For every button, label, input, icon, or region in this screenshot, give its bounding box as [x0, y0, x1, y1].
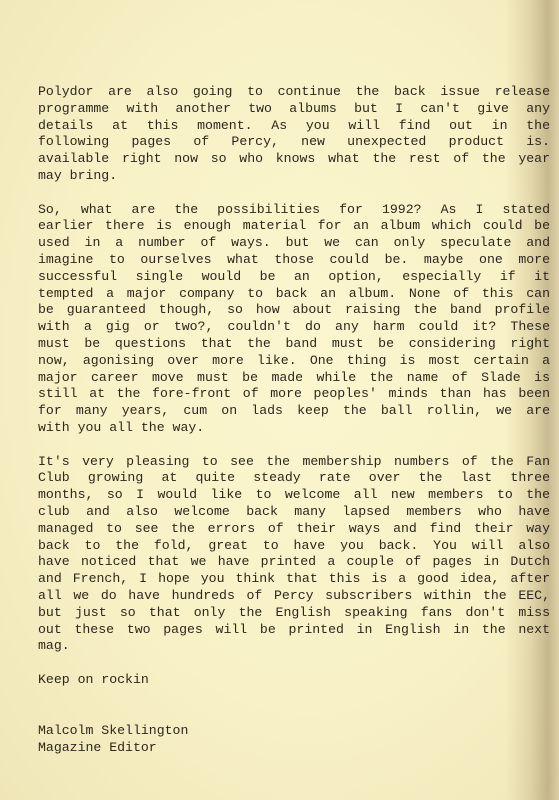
text-line: now, agonising over more like. One thing… [38, 353, 550, 370]
text-line: but just so that only the English speaki… [38, 605, 550, 622]
text-line: mag. [38, 638, 550, 655]
author-name: Malcolm Skellington [38, 723, 188, 740]
text-line: all we do have hundreds of Percy subscri… [38, 588, 550, 605]
text-line: following pages of Percy, new unexpected… [38, 134, 550, 151]
paragraph-1992-possibilities: So, what are the possibilities for 1992?… [38, 202, 550, 437]
text-line: with a gig or two?, couldn't do any harm… [38, 319, 550, 336]
text-line: be guaranteed though, so how about raisi… [38, 302, 550, 319]
text-line: imagine to ourselves what those could be… [38, 252, 550, 269]
paragraph-back-issues: Polydor are also going to continue the b… [38, 84, 550, 185]
text-line: club and also welcome back many lapsed m… [38, 504, 550, 521]
text-line: managed to see the errors of their ways … [38, 521, 550, 538]
text-line: still at the fore-front of more peoples'… [38, 386, 550, 403]
text-line: back to the fold, great to have you back… [38, 538, 550, 555]
text-line: tempted a major company to back an album… [38, 286, 550, 303]
text-line: Club growing at quite steady rate over t… [38, 470, 550, 487]
text-line: out these two pages will be printed in E… [38, 622, 550, 639]
text-line: programme with another two albums but I … [38, 101, 550, 118]
text-line: with you all the way. [38, 420, 550, 437]
text-line: have noticed that we have printed a coup… [38, 554, 550, 571]
text-line: earlier there is enough material for an … [38, 218, 550, 235]
text-line: major career move must be made while the… [38, 370, 550, 387]
magazine-page: Polydor are also going to continue the b… [0, 0, 559, 800]
text-line: must be questions that the band must be … [38, 336, 550, 353]
author-title: Magazine Editor [38, 740, 188, 757]
text-line: used in a number of ways. but we can onl… [38, 235, 550, 252]
text-line: successful single would be an option, es… [38, 269, 550, 286]
text-line: for many years, cum on lads keep the bal… [38, 403, 550, 420]
text-line: It's very pleasing to see the membership… [38, 454, 550, 471]
editorial-body: Polydor are also going to continue the b… [38, 84, 550, 672]
text-line: Polydor are also going to continue the b… [38, 84, 550, 101]
closing-line: Keep on rockin [38, 672, 149, 689]
text-line: and French, I hope you think that this i… [38, 571, 550, 588]
text-line: So, what are the possibilities for 1992?… [38, 202, 550, 219]
text-line: months, so I would like to welcome all n… [38, 487, 550, 504]
signature-block: Malcolm Skellington Magazine Editor [38, 723, 188, 757]
text-line: available right now so who knows what th… [38, 151, 550, 168]
text-line: details at this moment. As you will find… [38, 118, 550, 135]
text-line: may bring. [38, 168, 550, 185]
paragraph-membership: It's very pleasing to see the membership… [38, 454, 550, 656]
